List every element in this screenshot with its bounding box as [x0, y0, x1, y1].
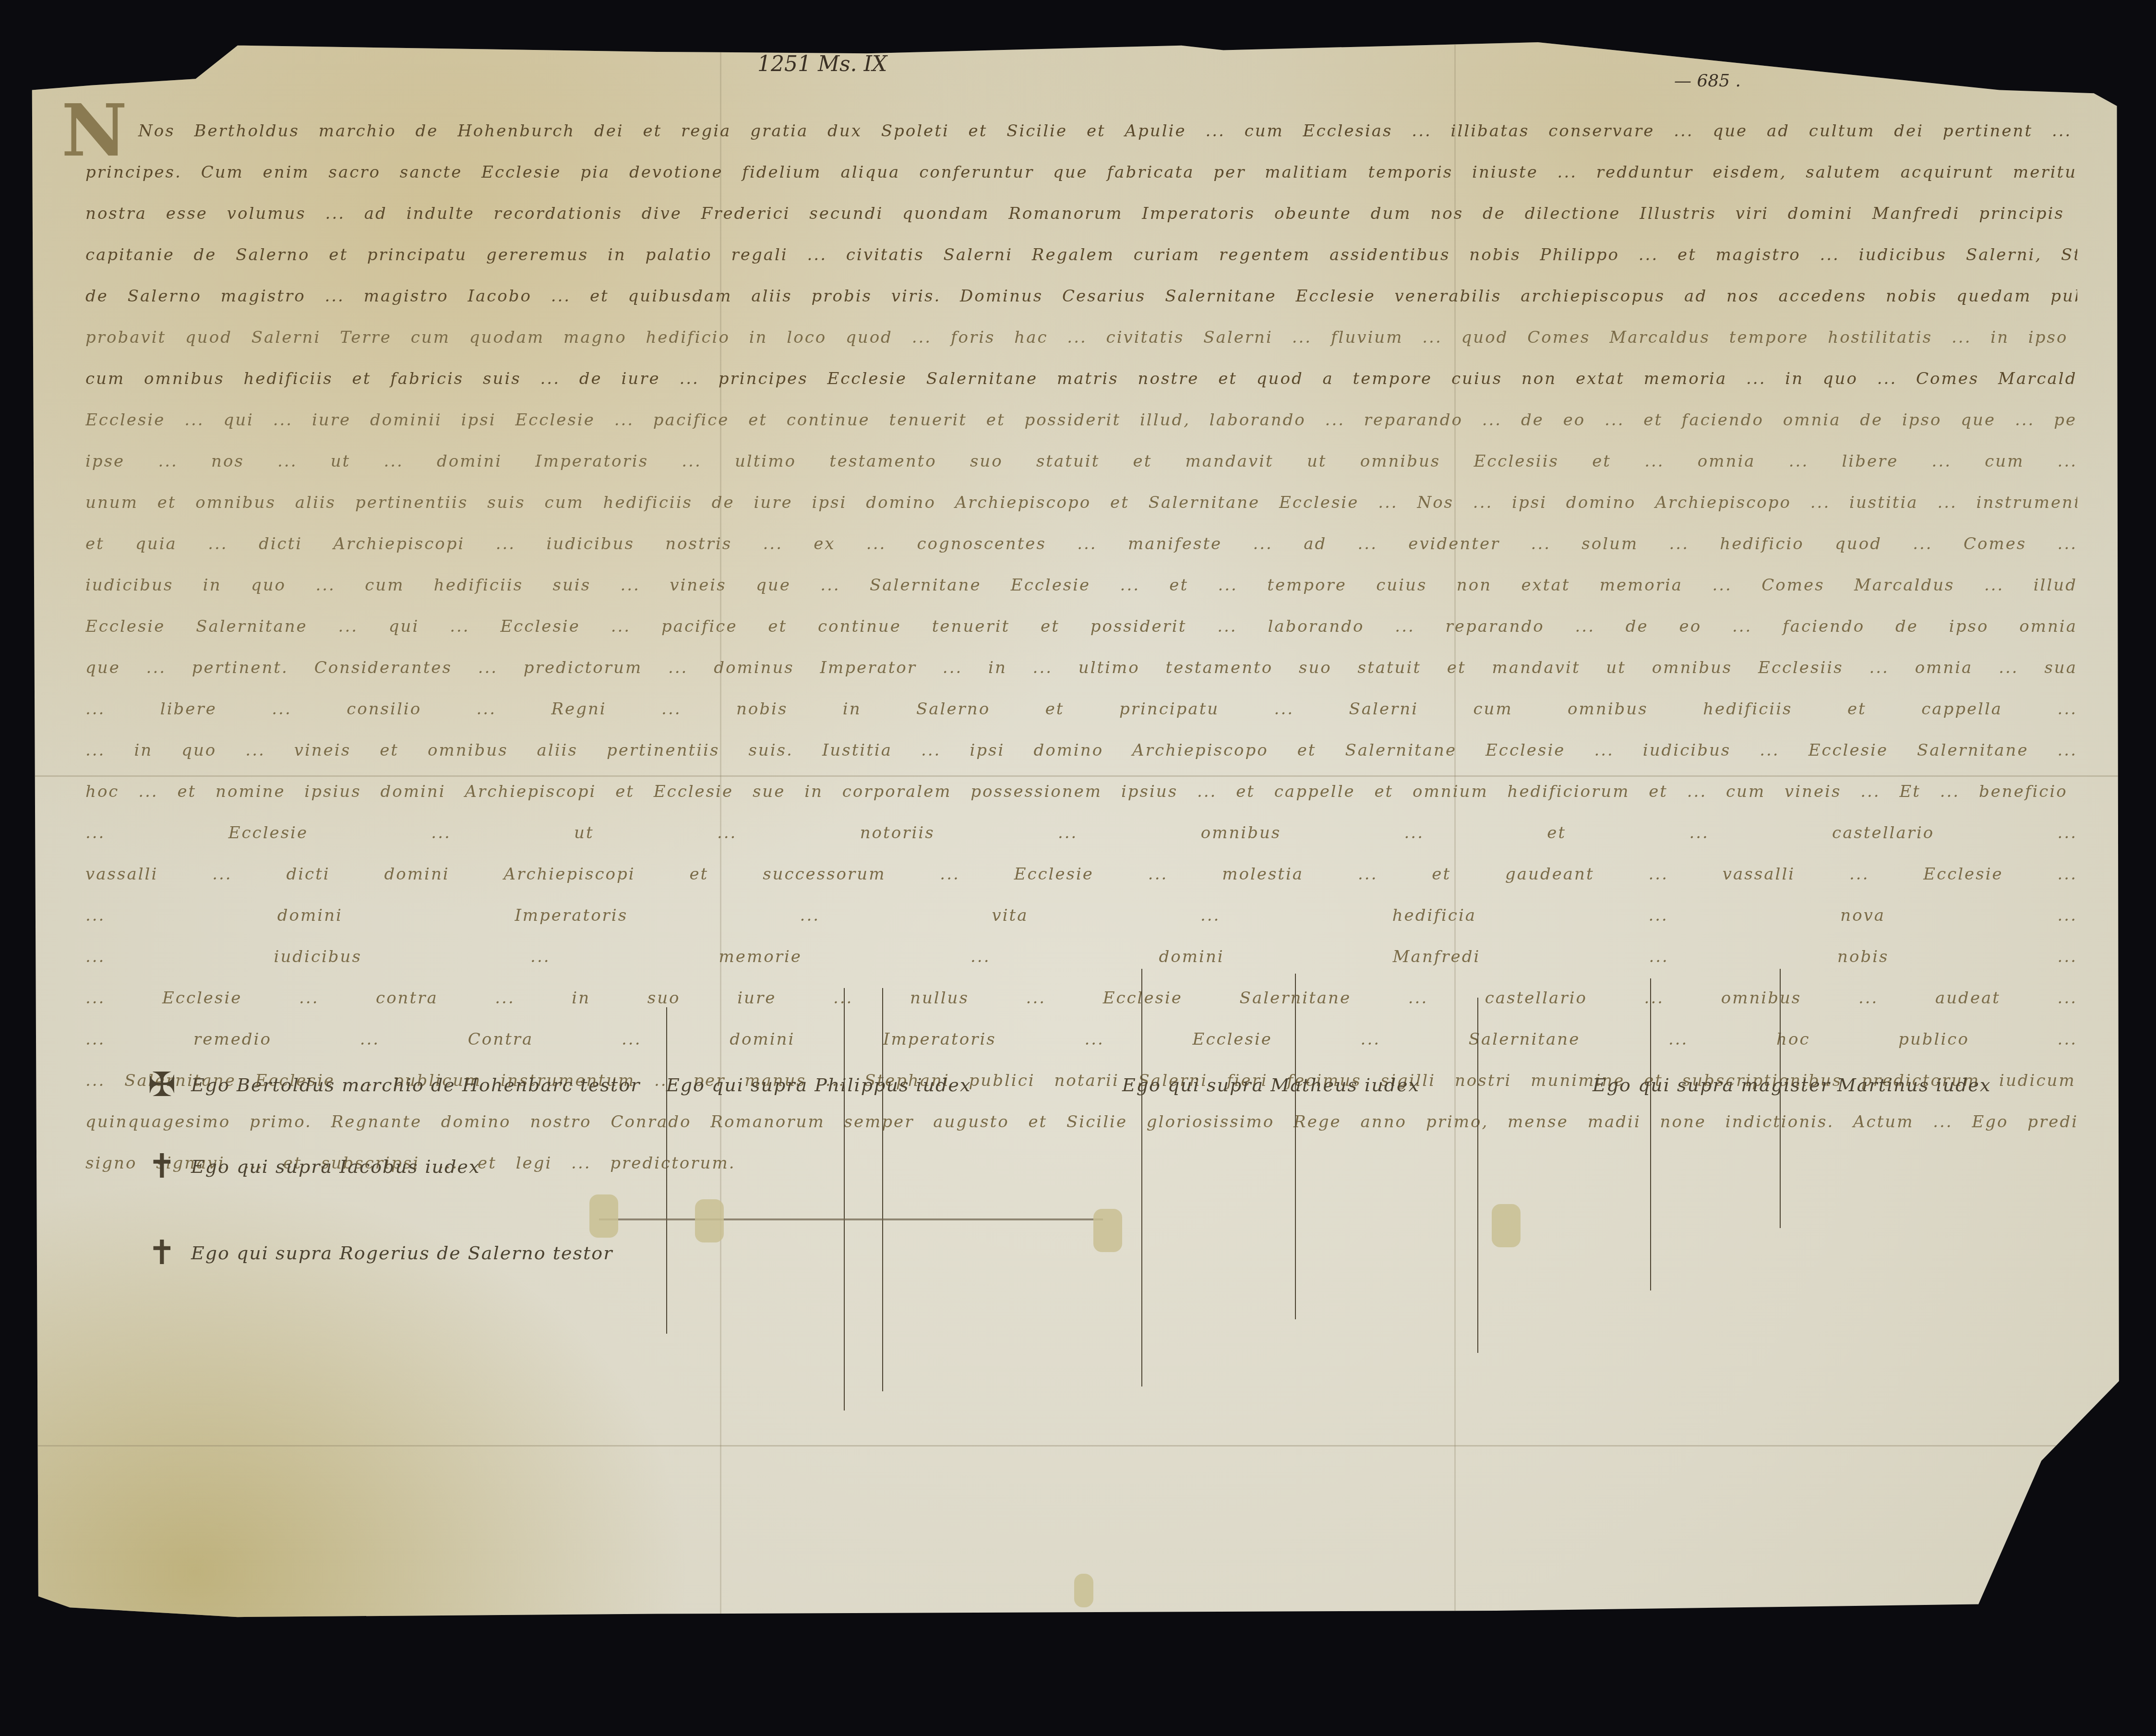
- text-line: ... domini Imperatoris ... vita ... hedi…: [85, 895, 2077, 936]
- signature-stroke: [1295, 974, 1296, 1319]
- cross-icon: ✝: [148, 1146, 176, 1186]
- subscription-bertoldus: Ego Bertoldus marchio de Hohenbarc testo…: [191, 1074, 640, 1096]
- seal-slit: [589, 1194, 618, 1238]
- seal-slit: [695, 1199, 724, 1242]
- signature-stroke: [1477, 998, 1478, 1353]
- text-line: unum et omnibus aliis pertinentiis suis …: [85, 482, 2077, 523]
- charter-text: Nos Bertholdus marchio de Hohenburch dei…: [85, 110, 2077, 1184]
- text-line: ... libere ... consilio ... Regni ... no…: [85, 688, 2077, 730]
- signature-stroke: [666, 1007, 667, 1334]
- text-line: Ecclesie ... qui ... iure dominii ipsi E…: [85, 399, 2077, 441]
- text-line: nostra esse volumus ... ad indulte recor…: [85, 193, 2077, 234]
- seal-slit: [1074, 1574, 1093, 1607]
- text-line: probavit quod Salerni Terre cum quodam m…: [85, 317, 2077, 358]
- text-line: de Salerno magistro ... magistro Iacobo …: [85, 276, 2077, 317]
- signature-stroke: [844, 988, 845, 1410]
- text-line: ... Ecclesie ... ut ... notoriis ... omn…: [85, 812, 2077, 854]
- text-line: ... in quo ... vineis et omnibus aliis p…: [85, 730, 2077, 771]
- text-line: quinquagesimo primo. Regnante domino nos…: [85, 1101, 2077, 1143]
- text-line: ... iudicibus ... memorie ... domini Man…: [85, 936, 2077, 977]
- text-line: principes. Cum enim sacro sancte Ecclesi…: [85, 152, 2077, 193]
- seal-cord: [599, 1218, 1103, 1220]
- signature-stroke: [1141, 969, 1142, 1386]
- text-line: vassalli ... dicti domini Archiepiscopi …: [85, 854, 2077, 895]
- signature-stroke: [882, 988, 883, 1391]
- seal-slit: [1492, 1204, 1521, 1247]
- signature-stroke: [1650, 978, 1651, 1290]
- text-line: ... remedio ... Contra ... domini Impera…: [85, 1019, 2077, 1060]
- cross-icon: ✝: [148, 1233, 176, 1272]
- text-line: iudicibus in quo ... cum hedificiis suis…: [85, 565, 2077, 606]
- subscription-rogerius: Ego qui supra Rogerius de Salerno testor: [191, 1242, 613, 1264]
- text-line: ipse ... nos ... ut ... domini Imperator…: [85, 441, 2077, 482]
- archival-shelfmark: 1251 Ms. IX: [757, 52, 887, 76]
- text-line: Ecclesie Salernitane ... qui ... Ecclesi…: [85, 606, 2077, 647]
- signature-stroke: [1780, 969, 1781, 1228]
- text-line: ... Ecclesie ... contra ... in suo iure …: [85, 977, 2077, 1019]
- cross-icon: ✠: [148, 1065, 176, 1104]
- subscription-iacobus: Ego qui supra Iacobus iudex: [191, 1156, 480, 1177]
- subscription-martinus: Ego qui supra magister Martinus iudex: [1593, 1074, 1991, 1096]
- subscription-matheus: Ego qui supra Matheus iudex: [1122, 1074, 1420, 1096]
- seal-slit: [1093, 1209, 1122, 1252]
- text-line: Nos Bertholdus marchio de Hohenburch dei…: [85, 110, 2077, 152]
- text-line: que ... pertinent. Considerantes ... pre…: [85, 647, 2077, 688]
- subscription-philippus: Ego qui supra Philippus iudex: [666, 1074, 971, 1096]
- parchment-sheet: 1251 Ms. IX — 685 . N Nos Bertholdus mar…: [28, 42, 2125, 1636]
- text-line: hoc ... et nomine ipsius domini Archiepi…: [85, 771, 2077, 812]
- text-line: cum omnibus hedificiis et fabricis suis …: [85, 358, 2077, 399]
- archival-number: — 685 .: [1674, 71, 1741, 91]
- text-line: capitanie de Salerno et principatu gerer…: [85, 234, 2077, 276]
- fold-line: [28, 1445, 2125, 1447]
- text-line: et quia ... dicti Archiepiscopi ... iudi…: [85, 523, 2077, 565]
